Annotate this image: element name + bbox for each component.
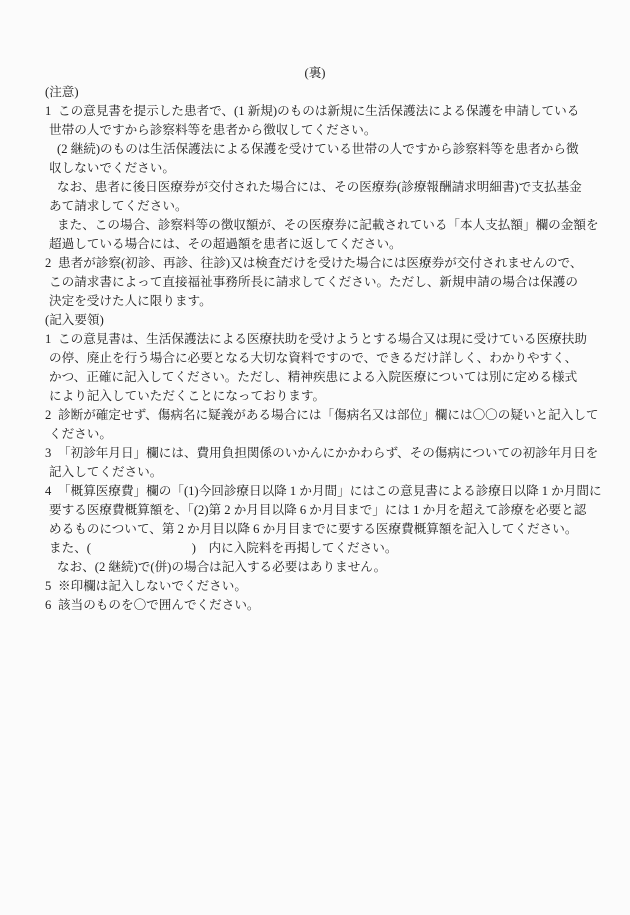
doc-line: 記入してください。 [0,463,630,482]
item-number: 1 [45,102,58,121]
doc-line: 要する医療費概算額を、「(2)第 2 か月目以降 6 か月目まで」には 1 か月… [0,501,630,520]
doc-line: なお、(2 継続)で(併)の場合は記入する必要はありません。 [0,558,630,577]
item-text: ※印欄は記入しないでください。 [58,579,247,593]
doc-line: の停、廃止を行う場合に必要となる大切な資料ですので、できるだけ詳しく、わかりやす… [0,349,630,368]
item-text: この意見書は、生活保護法による医療扶助を受けようとする場合又は現に受けている医療… [58,332,587,346]
item-number: 3 [45,444,58,463]
doc-line: あて請求してください。 [0,197,630,216]
item-text: 該当のものを〇で囲んでください。 [58,598,260,612]
instruction-item-3: 3「初診年月日」欄には、費用負担関係のいかんにかかわらず、その傷病についての初診… [0,444,630,463]
note-item-2: 2患者が診察(初診、再診、往診)又は検査だけを受けた場合には医療券が交付されませ… [0,254,630,273]
entry-instructions-header: (記入要領) [0,311,630,330]
doc-line: 超過している場合には、その超過額を患者に返してください。 [0,235,630,254]
item-number: 6 [45,596,58,615]
doc-line: なお、患者に後日医療券が交付された場合には、その医療券(診療報酬請求明細書)で支… [0,178,630,197]
doc-line: 世帯の人ですから診察料等を患者から徴収してください。 [0,121,630,140]
item-number: 2 [45,406,58,425]
doc-line: (2 継続)のものは生活保護法による保護を受けている世帯の人ですから診察料等を患… [0,140,630,159]
item-number: 5 [45,577,58,596]
document-page: (裏) (注意) 1この意見書を提示した患者で、(1 新規)のものは新規に生活保… [0,0,630,915]
instruction-item-4: 4「概算医療費」欄の「(1)今回診療日以降 1 か月間」にはこの意見書による診療… [0,482,630,501]
doc-line: により記入していただくことになっております。 [0,387,630,406]
note-item-1: 1この意見書を提示した患者で、(1 新規)のものは新規に生活保護法による保護を申… [0,102,630,121]
doc-line: この請求書によって直接福祉事務所長に請求してください。ただし、新規申請の場合は保… [0,273,630,292]
item-text: 「初診年月日」欄には、費用負担関係のいかんにかかわらず、その傷病についての初診年… [58,446,598,460]
item-text: 診断が確定せず、傷病名に疑義がある場合には「傷病名又は部位」欄には〇〇の疑いと記… [58,408,599,422]
notes-section-header: (注意) [0,83,630,102]
doc-line: また、この場合、診察料等の徴収額が、その医療券に記載されている「本人支払額」欄の… [0,216,630,235]
back-side-label: (裏) [0,64,630,83]
item-number: 1 [45,330,58,349]
item-number: 4 [45,482,58,501]
item-number: 2 [45,254,58,273]
instruction-item-6: 6該当のものを〇で囲んでください。 [0,596,630,615]
instruction-item-1: 1この意見書は、生活保護法による医療扶助を受けようとする場合又は現に受けている医… [0,330,630,349]
item-text: 患者が診察(初診、再診、往診)又は検査だけを受けた場合には医療券が交付されません… [58,256,582,270]
inpatient-fee-blank-line: また、( ) 内に入院料を再掲してください。 [0,539,630,558]
doc-line: 決定を受けた人に限ります。 [0,292,630,311]
doc-line: 収しないでください。 [0,159,630,178]
item-text: この意見書を提示した患者で、(1 新規)のものは新規に生活保護法による保護を申請… [58,104,579,118]
doc-line: めるものについて、第 2 か月目以降 6 か月目までに要する医療費概算額を記入し… [0,520,630,539]
doc-line: かつ、正確に記入してください。ただし、精神疾患による入院医療については別に定める… [0,368,630,387]
instruction-item-5: 5※印欄は記入しないでください。 [0,577,630,596]
item-text: 「概算医療費」欄の「(1)今回診療日以降 1 か月間」にはこの意見書による診療日… [58,484,602,498]
doc-line: ください。 [0,425,630,444]
instruction-item-2: 2診断が確定せず、傷病名に疑義がある場合には「傷病名又は部位」欄には〇〇の疑いと… [0,406,630,425]
